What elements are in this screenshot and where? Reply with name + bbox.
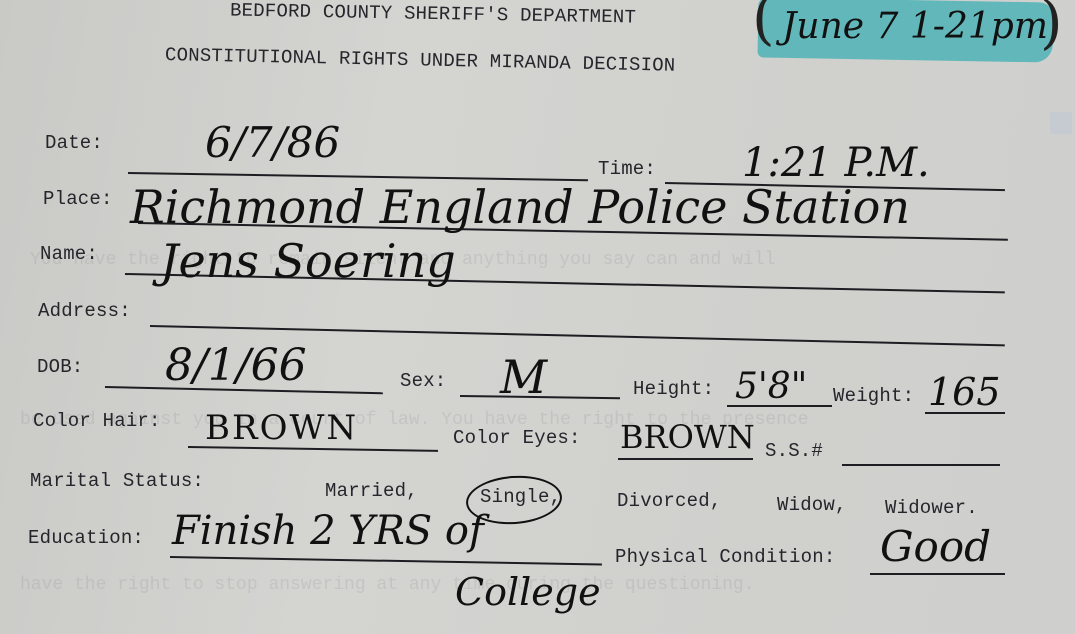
education-value-line1[interactable]: Finish 2 YRS of bbox=[172, 508, 484, 554]
annotation-open-paren: ( bbox=[752, 0, 775, 52]
department-name: BEDFORD COUNTY SHERIFF'S DEPARTMENT bbox=[230, 0, 636, 29]
time-label: Time: bbox=[598, 158, 656, 180]
corner-tag bbox=[1050, 112, 1072, 134]
bleed-through-text: have the right to stop answering at any … bbox=[20, 575, 755, 595]
name-value[interactable]: Jens Soering bbox=[160, 234, 456, 288]
height-value[interactable]: 5'8" bbox=[735, 366, 807, 407]
color-eyes-line bbox=[618, 458, 753, 460]
physical-condition-value[interactable]: Good bbox=[880, 522, 991, 571]
date-label: Date: bbox=[45, 132, 103, 154]
weight-label: Weight: bbox=[833, 385, 914, 407]
color-hair-label: Color Hair: bbox=[33, 410, 161, 432]
physical-condition-label: Physical Condition: bbox=[615, 546, 835, 568]
ss-line[interactable] bbox=[842, 464, 1000, 466]
dob-label: DOB: bbox=[37, 356, 83, 378]
color-eyes-value[interactable]: BROWN bbox=[620, 418, 755, 456]
sex-label: Sex: bbox=[400, 370, 446, 392]
marital-option-married[interactable]: Married, bbox=[325, 480, 418, 502]
education-label: Education: bbox=[28, 527, 144, 549]
place-label: Place: bbox=[43, 188, 113, 210]
color-eyes-label: Color Eyes: bbox=[453, 427, 581, 449]
ss-label: S.S.# bbox=[765, 440, 823, 462]
marital-option-divorced[interactable]: Divorced, bbox=[617, 490, 721, 512]
marital-option-widower[interactable]: Widower. bbox=[885, 497, 978, 519]
physical-condition-line bbox=[870, 573, 1005, 575]
date-value[interactable]: 6/7/86 bbox=[205, 118, 340, 167]
miranda-rights-form: You have the right to remain silent and … bbox=[0, 0, 1075, 634]
color-hair-value[interactable]: BROWN bbox=[205, 408, 358, 448]
marital-status-label: Marital Status: bbox=[30, 470, 204, 492]
name-label: Name: bbox=[40, 243, 98, 265]
education-line bbox=[170, 556, 602, 566]
marital-option-widow[interactable]: Widow, bbox=[777, 494, 847, 516]
weight-value[interactable]: 165 bbox=[928, 370, 1001, 414]
education-value-line2[interactable]: College bbox=[455, 570, 601, 614]
form-title: CONSTITUTIONAL RIGHTS UNDER MIRANDA DECI… bbox=[165, 44, 676, 77]
height-label: Height: bbox=[633, 378, 714, 400]
place-value[interactable]: Richmond England Police Station bbox=[130, 180, 910, 234]
address-label: Address: bbox=[38, 300, 131, 322]
handwritten-annotation: June 7 1-21pm bbox=[782, 6, 1048, 47]
sex-value[interactable]: M bbox=[500, 350, 547, 404]
dob-value[interactable]: 8/1/66 bbox=[165, 340, 307, 391]
